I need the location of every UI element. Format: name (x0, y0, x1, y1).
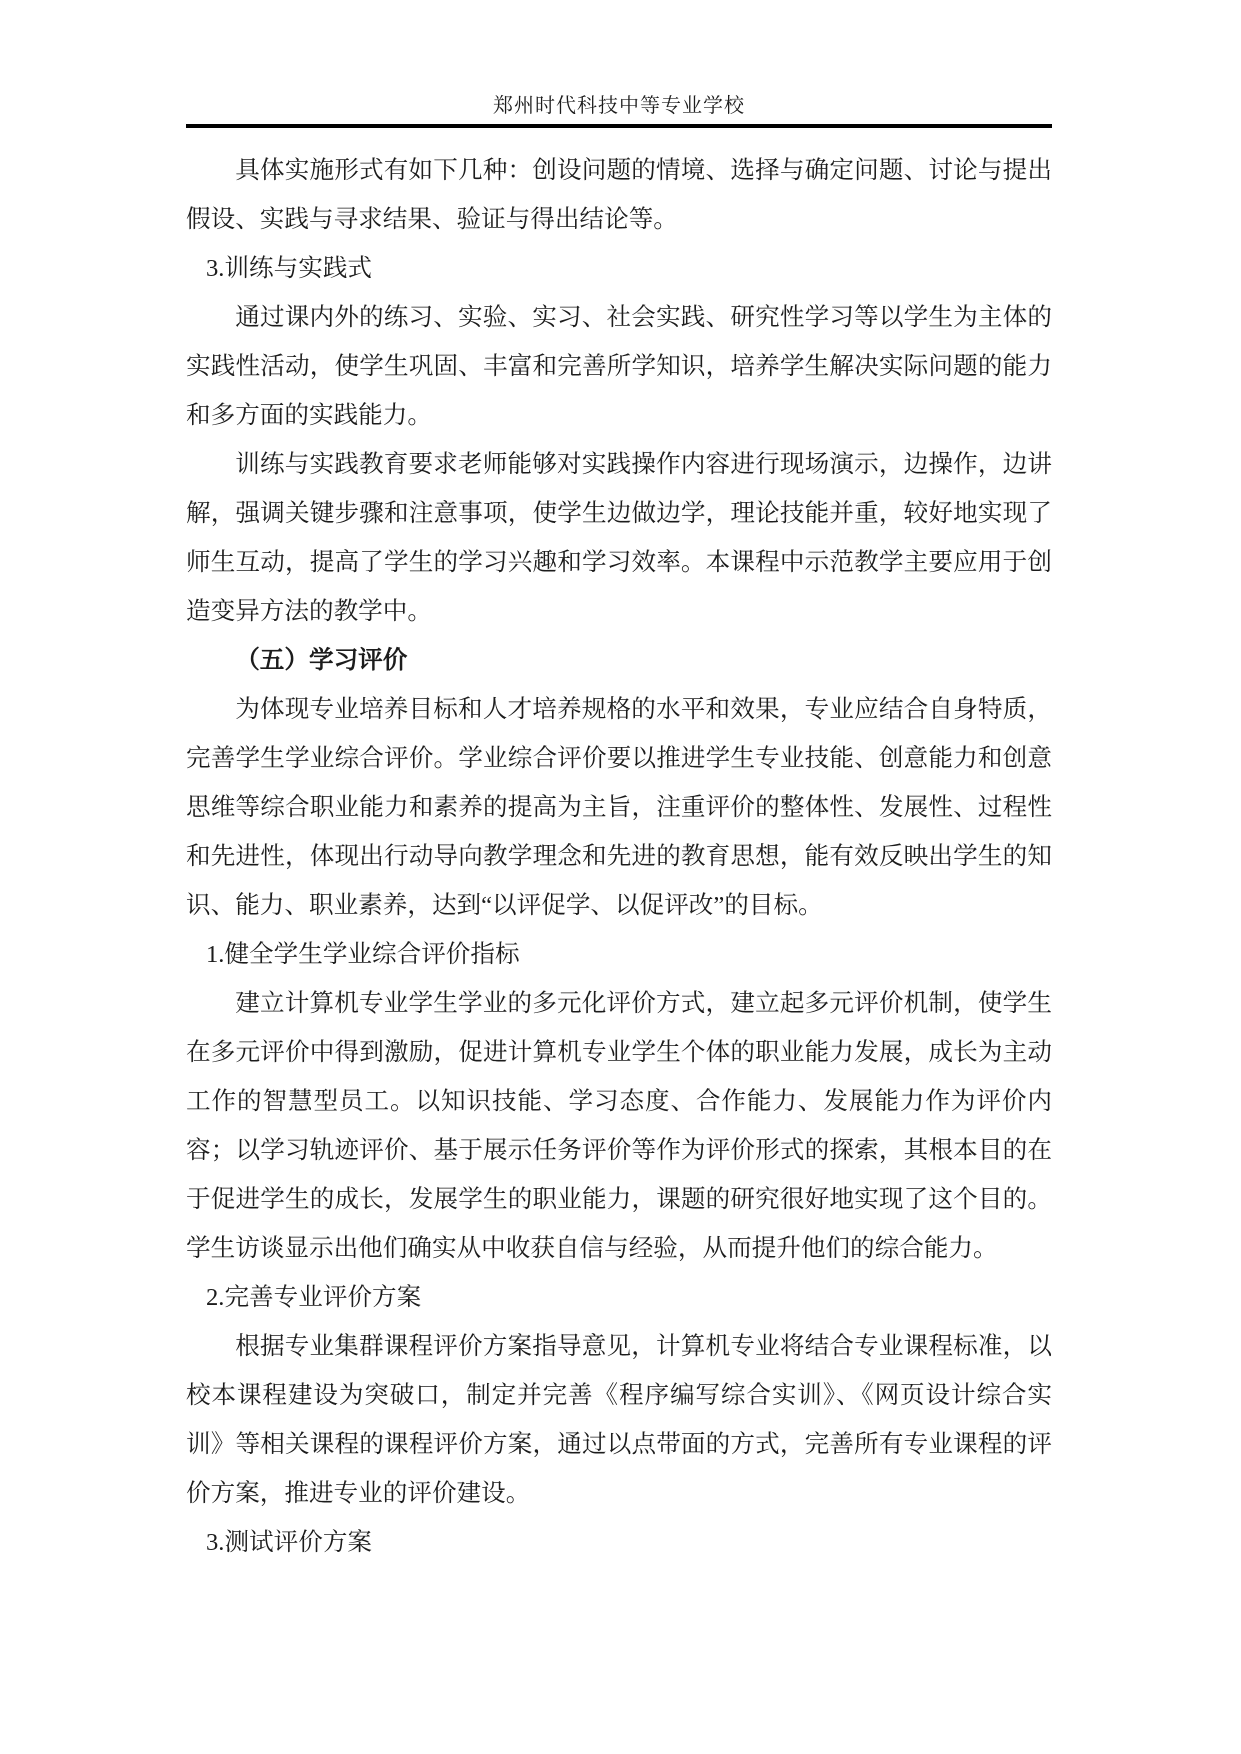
section-heading: （五）学习评价 (186, 636, 1052, 685)
numbered-item: 3.训练与实践式 (186, 244, 1052, 293)
document-body: 具体实施形式有如下几种：创设问题的情境、选择与确定问题、讨论与提出假设、实践与寻… (186, 146, 1052, 1567)
numbered-item: 3.测试评价方案 (186, 1518, 1052, 1567)
paragraph: 根据专业集群课程评价方案指导意见，计算机专业将结合专业课程标准，以校本课程建设为… (186, 1322, 1052, 1518)
paragraph: 训练与实践教育要求老师能够对实践操作内容进行现场演示，边操作，边讲解，强调关键步… (186, 440, 1052, 636)
paragraph: 具体实施形式有如下几种：创设问题的情境、选择与确定问题、讨论与提出假设、实践与寻… (186, 146, 1052, 244)
numbered-item: 1.健全学生学业综合评价指标 (186, 930, 1052, 979)
document-page: 郑州时代科技中等专业学校 具体实施形式有如下几种：创设问题的情境、选择与确定问题… (0, 0, 1241, 1754)
paragraph: 为体现专业培养目标和人才培养规格的水平和效果，专业应结合自身特质，完善学生学业综… (186, 685, 1052, 930)
paragraph: 建立计算机专业学生学业的多元化评价方式，建立起多元评价机制，使学生在多元评价中得… (186, 979, 1052, 1273)
numbered-item: 2.完善专业评价方案 (186, 1273, 1052, 1322)
school-name: 郑州时代科技中等专业学校 (493, 95, 745, 117)
paragraph: 通过课内外的练习、实验、实习、社会实践、研究性学习等以学生为主体的实践性活动，使… (186, 293, 1052, 440)
page-header: 郑州时代科技中等专业学校 (186, 94, 1052, 128)
